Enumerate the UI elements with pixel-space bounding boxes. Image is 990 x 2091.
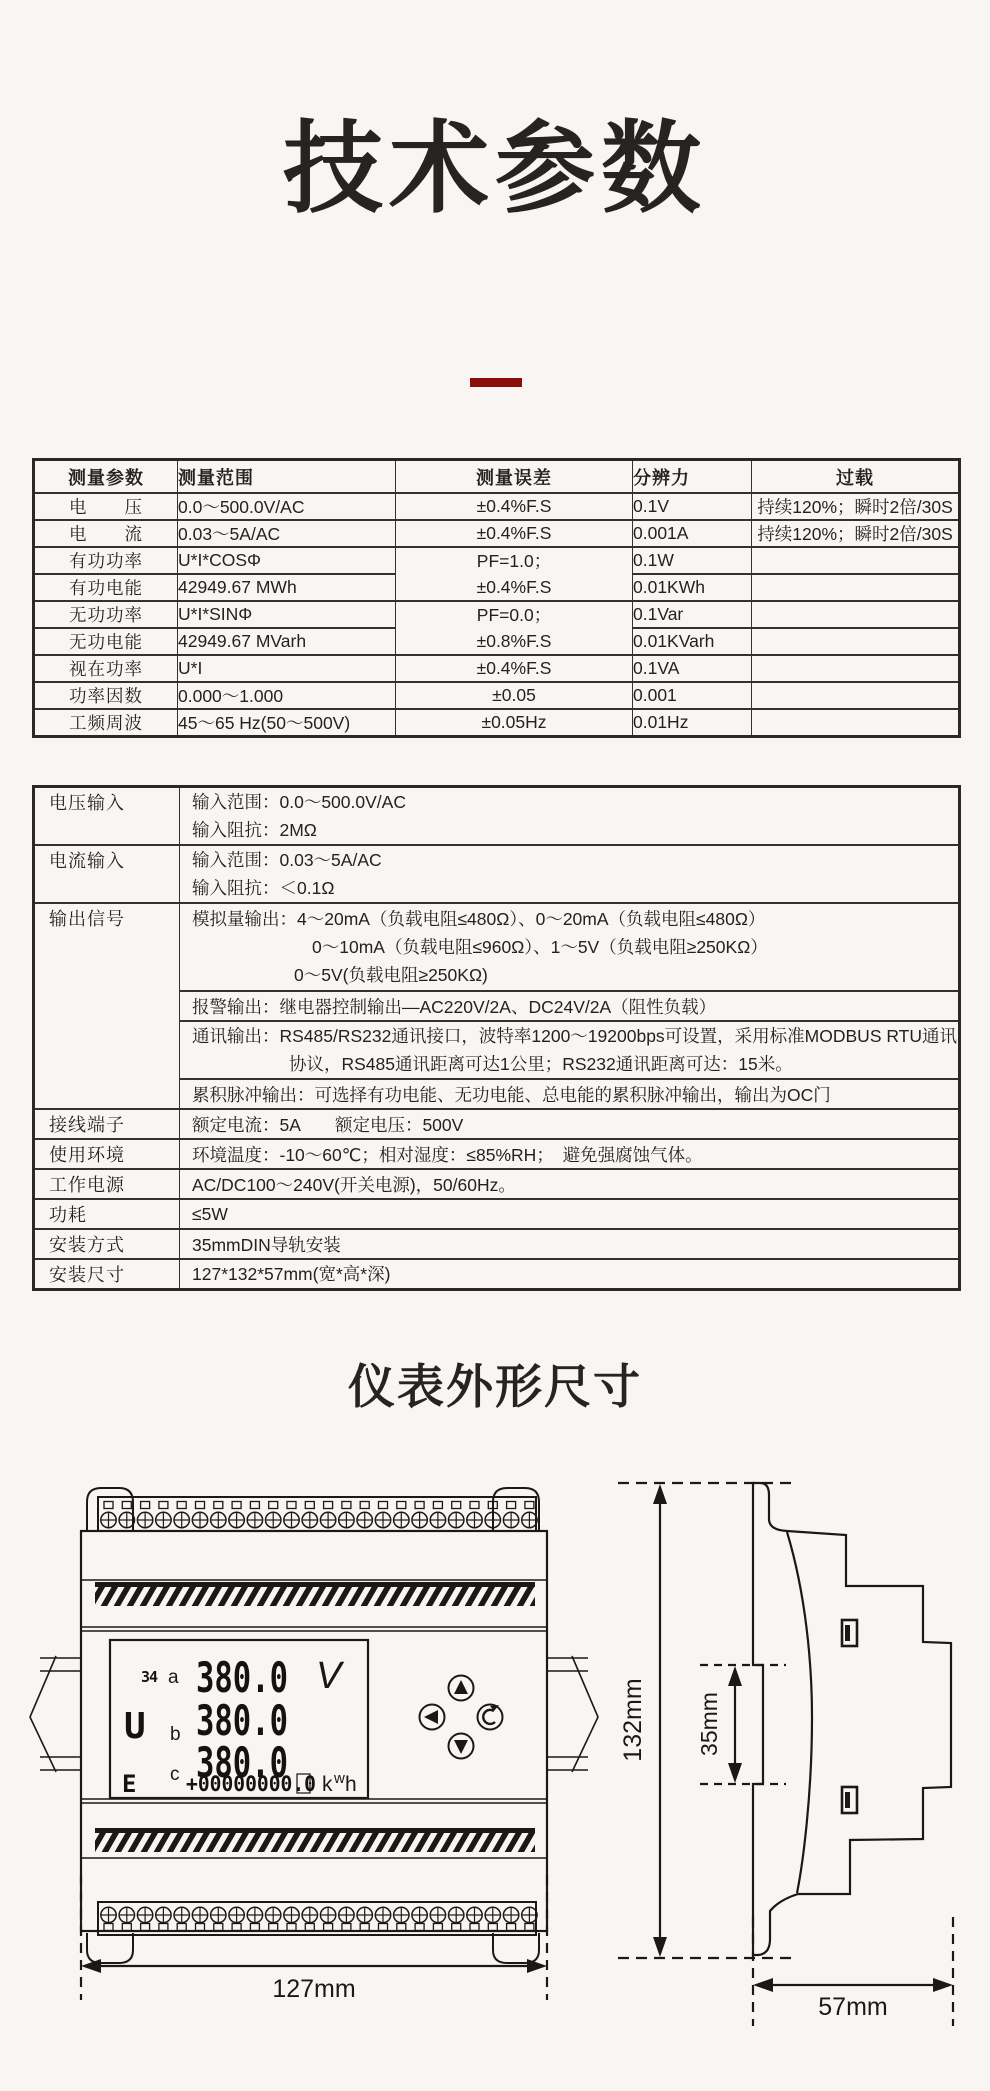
lcd-unit-k: k (322, 1773, 333, 1796)
table-row: 功率因数0.000～1.000 ±0.050.001 (34, 682, 960, 709)
width-dim-label: 127mm (272, 1975, 355, 2003)
side-view: 132mm 35mm 57mm (618, 1483, 953, 2026)
left-arrow-icon (424, 1710, 438, 1724)
dimension-drawing: 34 a 380.0 V U b 380.0 c 380.0 E +000000… (0, 1420, 990, 2091)
table-row: 功耗 ≤5W (34, 1199, 960, 1229)
comm-output-cell: 通讯输出：RS485/RS232通讯接口，波特率1200～19200bps可设置… (180, 1021, 960, 1079)
table-row: 接线端子 额定电流：5A 额定电压：500V (34, 1109, 960, 1139)
voltage-input-cell: 输入范围：0.0～500.0V/AC输入阻抗：2MΩ (180, 787, 960, 846)
top-terminal-screws (101, 1502, 537, 1528)
din-rail-left (30, 1656, 81, 1772)
lcd-unit-h: h (345, 1773, 357, 1796)
vent-strip-bottom (95, 1828, 535, 1852)
th-range: 测量范围 (178, 460, 396, 494)
table-row: 有功功率U*I*COSΦ PF=1.0；±0.4%F.S 0.1W (34, 547, 960, 574)
ear-top-left (87, 1488, 133, 1532)
front-view: 34 a 380.0 V U b 380.0 c 380.0 E +000000… (30, 1488, 598, 2003)
lcd-phase-indicator: 34 (141, 1668, 158, 1686)
enter-button (478, 1705, 503, 1730)
nav-buttons (420, 1676, 503, 1759)
din-clip-upper (842, 1620, 857, 1646)
th-resolution: 分辨力 (633, 460, 752, 494)
analog-output-cell: 模拟量输出：4～20mA（负载电阻≤480Ω）、0～20mA（负载电阻≤480Ω… (180, 903, 960, 991)
ear-bottom-left (87, 1933, 133, 1963)
page-title: 技术参数 (0, 88, 990, 232)
table-row: 视在功率U*I ±0.4%F.S0.1VA (34, 655, 960, 682)
side-profile-outline (753, 1483, 951, 1955)
detail-spec-table: 电压输入 输入范围：0.0～500.0V/AC输入阻抗：2MΩ 电流输入 输入范… (32, 785, 961, 1291)
header-row: 测量参数 测量范围 测量误差 分辨力 过载 (34, 460, 960, 494)
lcd-unit-volt: V (316, 1655, 345, 1697)
depth-dim-label: 57mm (818, 1993, 887, 2021)
lcd-label-a: a (168, 1667, 179, 1688)
lcd-readout: 34 a 380.0 V U b 380.0 c 380.0 E +000000… (122, 1653, 357, 1798)
table-row: 电 压0.0～500.0V/AC ±0.4%F.S0.1V 持续120%；瞬时2… (34, 493, 960, 520)
side-front-curve (787, 1532, 812, 1893)
enter-rotate-icon (483, 1710, 495, 1724)
din-rail-right (547, 1656, 598, 1772)
lcd-label-c: c (170, 1764, 180, 1785)
th-overload: 过载 (752, 460, 960, 494)
up-arrow-icon (454, 1680, 468, 1694)
lcd-unit-w: w (333, 1770, 345, 1787)
section-title-dimensions: 仪表外形尺寸 (0, 1350, 990, 1417)
table-row: 安装方式 35mmDIN导轨安装 (34, 1229, 960, 1259)
table-row: 电流输入 输入范围：0.03～5A/AC输入阻抗：＜0.1Ω (34, 845, 960, 903)
table-row: 工频周波45～65 Hz(50～500V) ±0.05Hz0.01Hz (34, 709, 960, 737)
width-dimension: 127mm (81, 1875, 547, 2003)
merged-error-cell: PF=1.0；±0.4%F.S (396, 547, 633, 601)
lcd-label-u: U (124, 1706, 146, 1747)
measurement-spec-table: 测量参数 测量范围 测量误差 分辨力 过载 电 压0.0～500.0V/AC ±… (32, 458, 961, 738)
table-row: 使用环境 环境温度：-10～60℃；相对湿度：≤85%RH； 避免强腐蚀气体。 (34, 1139, 960, 1169)
table-row: 电压输入 输入范围：0.0～500.0V/AC输入阻抗：2MΩ (34, 787, 960, 846)
height-dimension: 132mm (619, 1484, 667, 1957)
depth-dimension: 57mm (753, 1917, 953, 2026)
merged-error-cell: PF=0.0；±0.8%F.S (396, 601, 633, 655)
rail-dim-label: 35mm (696, 1692, 722, 1756)
lcd-label-e: E (122, 1770, 136, 1798)
title-divider (470, 378, 522, 387)
table-row: 输出信号 模拟量输出：4～20mA（负载电阻≤480Ω）、0～20mA（负载电阻… (34, 903, 960, 991)
th-error: 测量误差 (396, 460, 633, 494)
table-row: 工作电源 AC/DC100～240V(开关电源)，50/60Hz。 (34, 1169, 960, 1199)
rail-dimension: 35mm (696, 1665, 786, 1784)
ear-bottom-right (493, 1933, 539, 1963)
vent-strip-top (95, 1582, 535, 1606)
table-row: 安装尺寸 127*132*57mm(宽*高*深) (34, 1259, 960, 1289)
height-dim-label: 132mm (619, 1678, 647, 1761)
lcd-voltage-a: 380.0 (196, 1653, 288, 1702)
table-row: 电 流0.03～5A/AC ±0.4%F.S0.001A 持续120%；瞬时2倍… (34, 520, 960, 547)
bottom-terminal-screws (101, 1907, 537, 1930)
down-arrow-icon (454, 1740, 468, 1754)
table-row: 无功功率U*I*SINΦ PF=0.0；±0.8%F.S 0.1Var (34, 601, 960, 628)
pulse-output-cell: 累积脉冲输出：可选择有功电能、无功电能、总电能的累积脉冲输出，输出为OC门 (180, 1079, 960, 1109)
alarm-output-cell: 报警输出：继电器控制输出—AC220V/2A、DC24V/2A（阻性负载） (180, 991, 960, 1021)
th-parameter: 测量参数 (34, 460, 178, 494)
din-clip-lower (842, 1787, 857, 1813)
current-input-cell: 输入范围：0.03～5A/AC输入阻抗：＜0.1Ω (180, 845, 960, 903)
lcd-label-b: b (170, 1724, 181, 1745)
